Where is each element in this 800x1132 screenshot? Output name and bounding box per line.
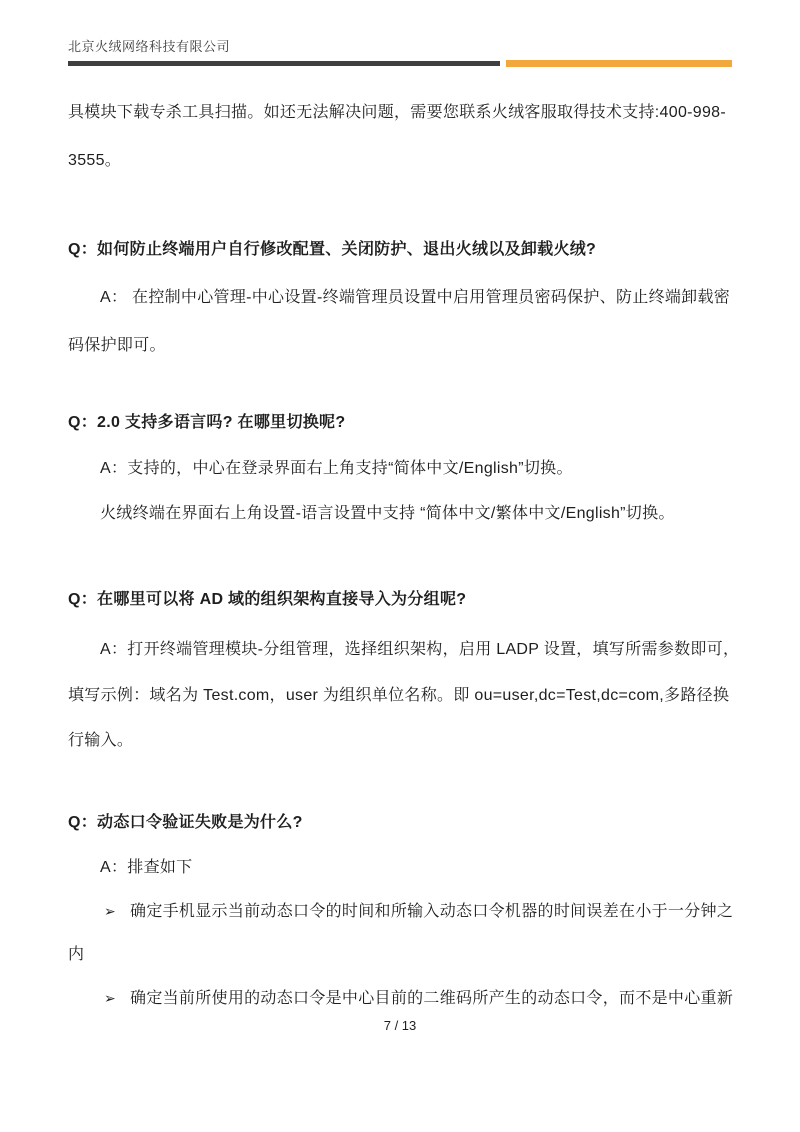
question-1: Q：如何防止终端用户自行修改配置、关闭防护、退出火绒以及卸载火绒?	[68, 240, 596, 260]
answer-2-line-1: A：支持的，中心在登录界面右上角支持“简体中文/English”切换。	[100, 459, 573, 479]
answer-3-line-3: 行输入。	[68, 731, 133, 751]
answer-4-bullet-2-text: 确定当前所使用的动态口令是中心目前的二维码所产生的动态口令，而不是中心重新	[130, 990, 733, 1007]
intro-line-1: 具模块下载专杀工具扫描。如还无法解决问题，需要您联系火绒客服取得技术支持:400…	[68, 103, 726, 123]
header-rule-orange	[506, 60, 732, 67]
company-name: 北京火绒网络科技有限公司	[68, 36, 230, 55]
answer-1-line-1: A： 在控制中心管理-中心设置-终端管理员设置中启用管理员密码保护、防止终端卸载…	[100, 288, 730, 308]
answer-1-line-2: 码保护即可。	[68, 336, 166, 356]
answer-4-bullet-1-cont: 内	[68, 945, 84, 965]
arrow-bullet-icon: ➢	[104, 901, 116, 921]
header-rule-dark	[68, 61, 500, 66]
answer-4-bullet-1: ➢确定手机显示当前动态口令的时间和所输入动态口令机器的时间误差在小于一分钟之	[104, 901, 733, 922]
question-2: Q：2.0 支持多语言吗? 在哪里切换呢?	[68, 413, 345, 433]
arrow-bullet-icon: ➢	[104, 988, 116, 1008]
document-page: 北京火绒网络科技有限公司 具模块下载专杀工具扫描。如还无法解决问题，需要您联系火…	[0, 0, 800, 1132]
answer-4-intro: A：排查如下	[100, 858, 192, 878]
answer-3-line-2: 填写示例：域名为 Test.com，user 为组织单位名称。即 ou=user…	[68, 686, 729, 706]
page-number: 7 / 13	[0, 1018, 800, 1033]
question-3: Q：在哪里可以将 AD 域的组织架构直接导入为分组呢?	[68, 590, 466, 610]
intro-line-2: 3555。	[68, 151, 121, 171]
answer-2-line-2: 火绒终端在界面右上角设置-语言设置中支持 “简体中文/繁体中文/English”…	[100, 504, 675, 524]
answer-3-line-1: A：打开终端管理模块-分组管理，选择组织架构，启用 LADP 设置，填写所需参数…	[100, 640, 739, 660]
answer-4-bullet-1-text: 确定手机显示当前动态口令的时间和所输入动态口令机器的时间误差在小于一分钟之	[130, 903, 733, 920]
question-4: Q：动态口令验证失败是为什么?	[68, 813, 303, 833]
answer-4-bullet-2: ➢确定当前所使用的动态口令是中心目前的二维码所产生的动态口令，而不是中心重新	[104, 988, 733, 1009]
